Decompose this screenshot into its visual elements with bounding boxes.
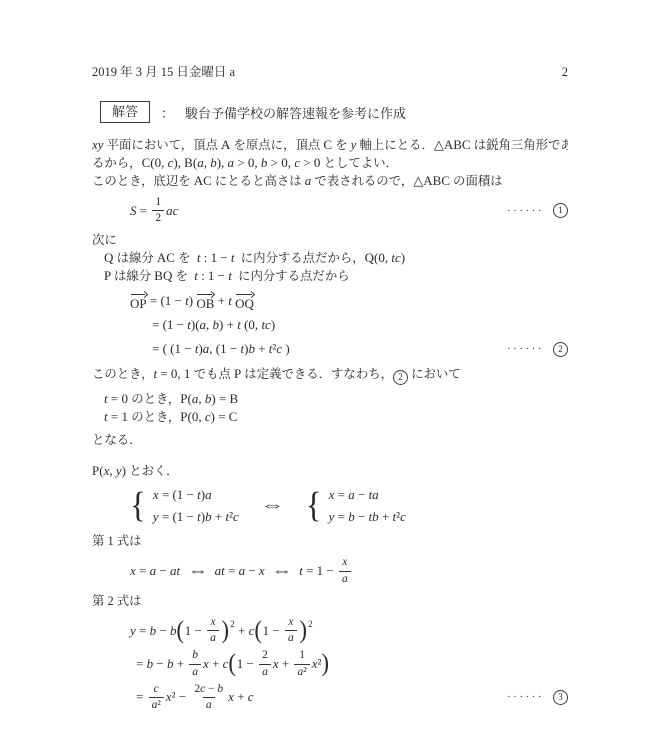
big-paren: )2: [221, 621, 235, 641]
text-line: xy 平面において，頂点 A を原点に，頂点 C を y 軸上にとる．△ABC …: [92, 136, 568, 154]
math-variable: c: [400, 508, 406, 526]
math-roman: BQ: [154, 268, 175, 283]
math-roman: −: [205, 683, 217, 696]
japanese-text: このとき，底辺を: [92, 174, 194, 188]
math-roman: =: [225, 563, 239, 579]
double-arrow-icon: ⇔: [187, 563, 208, 579]
japanese-text: でも点: [194, 367, 234, 381]
japanese-text: とおく．: [129, 464, 178, 478]
math-roman: = (1 −: [152, 317, 187, 333]
formula-line: y = b − tb + t²c: [329, 508, 406, 526]
japanese-text: となる．: [92, 433, 142, 447]
circled-number: 3: [553, 690, 568, 705]
japanese-text: に内分する点だから: [232, 269, 350, 283]
fraction: xa: [285, 615, 297, 646]
math-variable: tb: [369, 508, 379, 526]
fraction: ba: [189, 648, 201, 679]
big-paren: )2: [299, 621, 313, 641]
answer-colon: ：: [161, 103, 174, 122]
formula-line: y = b − b(1 − xa)2 + c(1 − xa)2: [130, 615, 568, 646]
math-roman: +: [255, 341, 269, 357]
formula-line: x = a − ta: [329, 486, 406, 504]
math-roman: 1: [299, 649, 305, 662]
math-roman: C: [323, 137, 332, 152]
math-roman: +: [209, 656, 223, 672]
math-roman: ): [401, 250, 405, 265]
math-roman: ): [189, 293, 197, 309]
math-roman: ) +: [219, 317, 237, 333]
japanese-text: を: [176, 269, 195, 283]
formula-line: = b − b + bax + c(1 − 2ax + 1a²x²): [136, 648, 568, 679]
fraction: 2c − ba: [191, 682, 226, 713]
math-variable: ac: [166, 203, 178, 219]
math-roman: =: [334, 508, 348, 526]
math-roman: = (1 −: [159, 486, 198, 504]
math-roman: ),: [217, 155, 228, 170]
japanese-text: で表されるので，: [311, 174, 413, 188]
header-date: 2019 年 3 月 15 日金曜日 a: [92, 62, 235, 80]
math-roman: +: [379, 508, 393, 526]
math-variable: c: [233, 508, 239, 526]
math-variable: a: [205, 486, 212, 504]
formula-block: x = a − at ⇔ at = a − x ⇔ t = 1 − xa: [92, 555, 568, 586]
math-roman: =: [334, 486, 348, 504]
math-roman: ): [282, 341, 290, 357]
math-roman: AC: [194, 173, 212, 188]
math-roman: = 1: [108, 409, 132, 424]
fraction-denominator: a²: [149, 697, 164, 713]
math-roman: −: [245, 563, 259, 579]
fraction-numerator: 2: [259, 648, 271, 663]
big-paren: (: [228, 654, 236, 674]
math-variable: c: [154, 683, 159, 696]
math-roman: △ABC: [434, 137, 471, 152]
fraction-denominator: a: [207, 630, 219, 646]
text-line: 次に: [92, 231, 568, 249]
japanese-text: 次に: [92, 233, 117, 247]
fraction-denominator: a: [339, 571, 351, 587]
math-roman: C(0,: [142, 155, 168, 170]
japanese-text: このとき，: [92, 367, 153, 381]
math-roman: −: [156, 623, 170, 639]
answer-note: 駿台予備学校の解答速報を参考に作成: [185, 103, 406, 122]
big-paren: (: [254, 621, 262, 641]
text-line: 第 2 式は: [92, 592, 568, 610]
formula-line: x = (1 − t)a: [153, 486, 239, 504]
formula-line: = ca²x² − 2c − bax + c······3: [136, 682, 568, 713]
math-roman: = ( (1 −: [152, 341, 195, 357]
math-roman: 1 −: [185, 623, 205, 639]
paren-glyph: ): [221, 621, 229, 641]
math-roman: = (1 −: [147, 293, 186, 309]
math-roman: 1 −: [237, 656, 257, 672]
math-roman: = 0, 1: [157, 366, 194, 381]
math-variable: x: [288, 616, 293, 629]
math-roman: +: [173, 656, 187, 672]
japanese-text: 平面において，頂点: [104, 138, 221, 152]
cases-group: {x = (1 − t)ay = (1 − t)b + t²c: [130, 486, 239, 526]
answer-label: 解答: [112, 104, 138, 119]
math-variable: a: [210, 632, 216, 645]
page-number: 2: [562, 65, 568, 80]
text-line: Q は線分 AC を t : 1 − t に内分する点だから，Q(0, tc): [104, 249, 568, 267]
paren-glyph: (: [177, 621, 185, 641]
fraction-numerator: c: [151, 682, 162, 697]
math-roman: ) = B: [211, 391, 238, 406]
math-roman: A: [221, 137, 230, 152]
fraction-numerator: x: [285, 615, 296, 630]
math-roman: +: [214, 293, 228, 309]
formula-line: y = (1 − t)b + t²c: [153, 508, 239, 526]
math-roman: −: [355, 486, 369, 504]
japanese-text: 第 1 式は: [92, 534, 142, 548]
fraction-numerator: x: [207, 615, 218, 630]
fraction-denominator: 2: [152, 210, 164, 226]
math-roman: (0,: [241, 317, 262, 333]
math-roman: P(: [180, 391, 192, 406]
math-variable: a: [262, 666, 268, 679]
math-roman: 1: [155, 196, 161, 209]
math-variable: at: [215, 563, 225, 579]
math-variable: x: [210, 616, 215, 629]
math-variable: a: [288, 632, 294, 645]
tag-dots: ······: [507, 205, 544, 217]
left-brace: {: [306, 490, 322, 522]
math-roman: [180, 563, 187, 579]
double-arrow-icon: ⇔: [271, 563, 292, 579]
text-line: t = 0 のとき，P(a, b) = B: [104, 390, 568, 408]
vector-arrow: OQ: [235, 291, 254, 312]
tag-dots: ······: [507, 691, 544, 703]
japanese-text: の面積は: [450, 174, 503, 188]
math-roman: Q(0,: [365, 250, 392, 265]
vector-arrow: OB: [196, 291, 214, 312]
circled-number: 2: [553, 342, 568, 357]
math-roman: > 0,: [267, 155, 294, 170]
japanese-text: は線分: [114, 269, 154, 283]
japanese-text: を: [332, 138, 351, 152]
formula-line: S = 12ac······1: [130, 195, 568, 226]
formula-block: S = 12ac······1: [92, 195, 568, 226]
math-roman: −: [153, 656, 167, 672]
cases-block: {x = (1 − t)ay = (1 − t)b + t²c⇔{x = a −…: [130, 486, 568, 526]
math-variable: b: [192, 649, 198, 662]
math-roman: =: [136, 623, 150, 639]
text-line: 第 1 式は: [92, 532, 568, 550]
math-roman: AC: [157, 250, 178, 265]
math-variable: a: [206, 699, 212, 712]
fraction-numerator: 1: [152, 195, 164, 210]
tag-dots: ······: [507, 343, 544, 355]
japanese-text: るから，: [92, 156, 142, 170]
text-line: となる．: [92, 431, 568, 449]
math-roman: 1 −: [263, 623, 283, 639]
answer-row: 解答 ： 駿台予備学校の解答速報を参考に作成: [100, 100, 568, 124]
fraction-numerator: 2c − b: [191, 682, 226, 697]
fraction-denominator: a: [259, 664, 271, 680]
fraction-numerator: b: [189, 648, 201, 663]
math-roman: ), B(: [173, 155, 197, 170]
math-roman: =: [136, 563, 150, 579]
japanese-text: を: [178, 251, 197, 265]
fraction: ca²: [149, 682, 164, 713]
math-roman: 2: [262, 649, 268, 662]
japanese-text: は線分: [117, 251, 157, 265]
japanese-text: 第 2 式は: [92, 594, 142, 608]
formula-block: y = b − b(1 − xa)2 + c(1 − xa)2= b − b +…: [92, 615, 568, 713]
paren-glyph: (: [255, 621, 263, 641]
big-paren: ): [321, 654, 329, 674]
math-roman: =: [136, 656, 147, 672]
cases-column: x = a − tay = b − tb + t²c: [329, 486, 406, 526]
math-roman: −: [156, 563, 170, 579]
document-body: xy 平面において，頂点 A を原点に，頂点 C を y 軸上にとる．△ABC …: [92, 136, 568, 713]
cases-column: x = (1 − t)ay = (1 − t)b + t²c: [153, 486, 239, 526]
vector-name: OB: [196, 296, 214, 311]
big-paren: (: [176, 621, 184, 641]
math-roman: = (1 −: [159, 508, 198, 526]
text-line: このとき，底辺を AC にとると高さは a で表されるので，△ABC の面積は: [92, 172, 568, 190]
text-line: P は線分 BQ を t : 1 − t に内分する点だから: [104, 267, 568, 285]
document-page: 2019 年 3 月 15 日金曜日 a 2 解答 ： 駿台予備学校の解答速報を…: [0, 0, 660, 744]
formula-line: = (1 − t)(a, b) + t (0, tc): [152, 314, 568, 336]
math-roman: ²: [303, 666, 306, 679]
japanese-text: のとき，: [131, 392, 180, 406]
fraction: 2a: [259, 648, 271, 679]
exponent: 2: [308, 619, 313, 629]
text-line: P(x, y) とおく．: [92, 462, 568, 480]
fraction-numerator: x: [339, 555, 350, 570]
fraction-denominator: a: [189, 664, 201, 680]
cases-group: {x = a − tay = b − tb + t²c: [306, 486, 406, 526]
math-roman: =: [136, 689, 147, 705]
formula-line: OP = (1 − t) OB + t OQ: [130, 290, 568, 312]
math-roman: , (1 −: [209, 341, 240, 357]
math-variable: x: [342, 556, 347, 569]
japanese-text: にとると高さは: [212, 174, 305, 188]
fraction-denominator: a: [285, 630, 297, 646]
math-roman: =: [137, 203, 151, 219]
math-roman: △ABC: [413, 173, 450, 188]
fraction: xa: [207, 615, 219, 646]
page-header: 2019 年 3 月 15 日金曜日 a 2: [92, 62, 568, 80]
math-roman: P(: [92, 463, 104, 478]
math-variable: at: [170, 563, 180, 579]
math-roman: +: [235, 623, 249, 639]
japanese-text: は鋭角三角形であ: [471, 138, 568, 152]
math-roman: ² −: [172, 689, 190, 705]
circled-number: 1: [553, 203, 568, 218]
japanese-text: に内分する点だから，: [235, 251, 365, 265]
circled-number: 2: [393, 370, 408, 385]
math-roman: = 0: [108, 391, 132, 406]
math-roman: +: [212, 508, 226, 526]
math-roman: )(: [191, 317, 200, 333]
math-roman: ) = C: [211, 409, 238, 424]
math-roman: > 0: [300, 155, 324, 170]
japanese-text: としてよい．: [324, 156, 398, 170]
answer-label-box: 解答: [100, 101, 150, 123]
japanese-text: において: [408, 367, 461, 381]
math-roman: ²: [157, 699, 160, 712]
fraction-denominator: a²: [294, 664, 309, 680]
math-variable: c: [248, 689, 254, 705]
text-line: t = 1 のとき，P(0, c) = C: [104, 408, 568, 426]
japanese-text: を原点に，頂点: [230, 138, 323, 152]
paren-glyph: ): [299, 621, 307, 641]
math-roman: : 1 −: [200, 250, 230, 265]
math-roman: [265, 563, 272, 579]
math-roman: Q: [104, 250, 117, 265]
math-roman: ): [271, 317, 275, 333]
japanese-text: は定義できる．すなわち，: [241, 367, 393, 381]
fraction: 12: [152, 195, 164, 226]
fraction-numerator: 1: [296, 648, 308, 663]
formula-line: x = a − at ⇔ at = a − x ⇔ t = 1 − xa: [130, 555, 568, 586]
math-variable: a: [192, 666, 198, 679]
vector-arrow: OP: [130, 291, 147, 312]
math-roman: > 0,: [234, 155, 261, 170]
math-variable: tc: [391, 250, 400, 265]
formula-line: = ( (1 − t)a, (1 − t)b + t²c )······2: [152, 338, 568, 360]
japanese-text: のとき，: [131, 410, 180, 424]
fraction: 1a²: [294, 648, 309, 679]
math-variable: a: [342, 573, 348, 586]
paren-glyph: (: [229, 654, 237, 674]
math-variable: tc: [261, 317, 270, 333]
paren-glyph: ): [322, 654, 330, 674]
math-roman: P: [104, 268, 114, 283]
text-line: このとき，t = 0, 1 でも点 P は定義できる．すなわち，2 において: [92, 365, 568, 385]
left-brace: {: [130, 490, 146, 522]
math-roman: = 1 −: [303, 563, 337, 579]
equivalence-arrow-icon: ⇔: [260, 498, 284, 515]
text-line: るから，C(0, c), B(a, b), a > 0, b > 0, c > …: [92, 154, 568, 172]
fraction: xa: [339, 555, 351, 586]
math-roman: : 1 −: [198, 268, 228, 283]
fraction-denominator: a: [203, 697, 215, 713]
math-roman: 2: [155, 212, 161, 225]
math-roman: +: [279, 656, 293, 672]
math-roman: P(0,: [180, 409, 205, 424]
math-variable: b: [217, 683, 223, 696]
formula-block: OP = (1 − t) OB + t OQ= (1 − t)(a, b) + …: [92, 290, 568, 360]
japanese-text: 軸上にとる．: [356, 138, 433, 152]
math-roman: −: [355, 508, 369, 526]
math-roman: +: [234, 689, 248, 705]
math-variable: xy: [92, 137, 104, 152]
math-variable: ta: [369, 486, 379, 504]
